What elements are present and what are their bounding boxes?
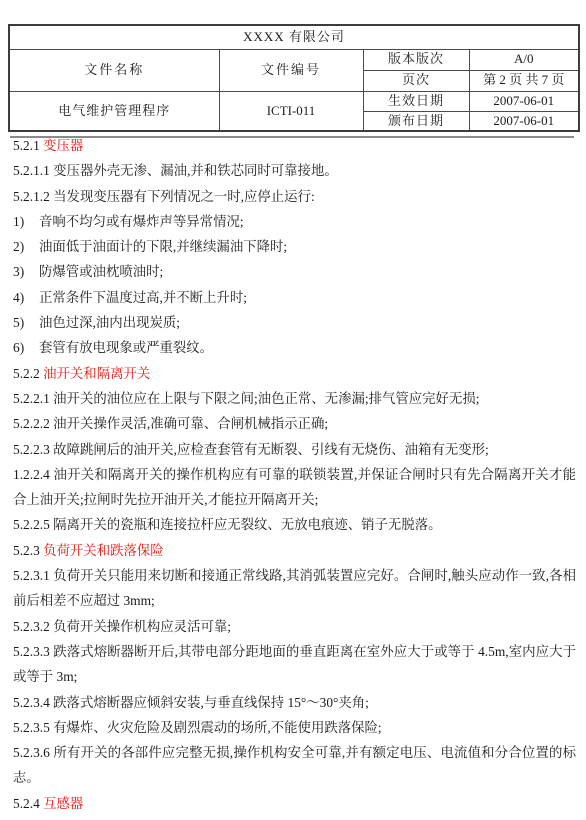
paragraph: 5.2.2.5 隔离开关的瓷瓶和连接拉杆应无裂纹、无放电痕迹、销子无脱落。 — [13, 512, 576, 537]
paragraph: 1.2.2.4 油开关和隔离开关的操作机构应有可靠的联锁装置,并保证合闸时只有先… — [13, 462, 576, 513]
doc-name-value: 电气维护管理程序 — [9, 91, 219, 131]
issue-date-label: 颁布日期 — [363, 111, 469, 131]
list-item-text: 套管有放电现象或严重裂纹。 — [39, 340, 213, 355]
page-label: 页次 — [363, 70, 469, 91]
document-page: XXXX 有限公司 文件名称 文件编号 版本版次 A/0 页次 第 2 页 共 … — [0, 0, 586, 820]
section-number: 5.2.1 — [13, 138, 43, 153]
paragraph: 5.2.1.1 变压器外壳无渗、漏油,并和铁芯同时可靠接地。 — [13, 158, 576, 183]
section-heading: 5.2.2 油开关和隔离开关 — [13, 361, 576, 386]
paragraph: 5.2.2.3 故障跳闸后的油开关,应检查套管有无断裂、引线有无烧伤、油箱有无变… — [13, 437, 576, 462]
paragraph: 5.2.2.2 油开关操作灵活,准确可靠、合闸机械指示正确; — [13, 411, 576, 436]
doc-number-value: ICTI-011 — [219, 91, 363, 131]
list-item-marker: 4) — [13, 285, 39, 310]
list-item-text: 油面低于油面计的下限,并继续漏油下降时; — [39, 239, 287, 254]
version-value: A/0 — [469, 49, 579, 70]
list-item-text: 音响不均匀或有爆炸声等异常情况; — [39, 214, 244, 229]
section-number: 5.2.4 — [13, 796, 43, 811]
company-name: XXXX 有限公司 — [9, 25, 579, 49]
list-item: 1)音响不均匀或有爆炸声等异常情况; — [13, 209, 576, 234]
list-item-text: 正常条件下温度过高,并不断上升时; — [39, 290, 247, 305]
paragraph: 5.2.1.2 当发现变压器有下列情况之一时,应停止运行: — [13, 184, 576, 209]
list-item-marker: 5) — [13, 310, 39, 335]
version-label: 版本版次 — [363, 49, 469, 70]
section-heading: 5.2.1 变压器 — [13, 133, 576, 158]
doc-name-label: 文件名称 — [9, 49, 219, 91]
list-item-marker: 2) — [13, 234, 39, 259]
doc-number-label: 文件编号 — [219, 49, 363, 91]
section-number: 5.2.2 — [13, 366, 43, 381]
page-value: 第 2 页 共 7 页 — [469, 70, 579, 91]
section-heading: 5.2.4 互感器 — [13, 791, 576, 816]
list-item-marker: 6) — [13, 335, 39, 360]
paragraph: 5.2.2.1 油开关的油位应在上限与下限之间;油色正常、无渗漏;排气管应完好无… — [13, 386, 576, 411]
effective-date-label: 生效日期 — [363, 91, 469, 111]
paragraph: 5.2.3.5 有爆炸、火灾危险及剧烈震动的场所,不能使用跌落保险; — [13, 715, 576, 740]
paragraph: 5.2.3.1 负荷开关只能用来切断和接通正常线路,其消弧装置应完好。合闸时,触… — [13, 563, 576, 614]
list-item-marker: 1) — [13, 209, 39, 234]
list-item: 4)正常条件下温度过高,并不断上升时; — [13, 285, 576, 310]
list-item: 2)油面低于油面计的下限,并继续漏油下降时; — [13, 234, 576, 259]
list-item: 5)油色过深,油内出现炭质; — [13, 310, 576, 335]
section-title: 变压器 — [43, 138, 83, 153]
paragraph: 5.2.3.6 所有开关的各部件应完整无损,操作机构安全可靠,并有额定电压、电流… — [13, 740, 576, 791]
issue-date-value: 2007-06-01 — [469, 111, 579, 131]
list-item-marker: 3) — [13, 259, 39, 284]
list-item-text: 油色过深,油内出现炭质; — [39, 315, 180, 330]
effective-date-value: 2007-06-01 — [469, 91, 579, 111]
document-header-table: XXXX 有限公司 文件名称 文件编号 版本版次 A/0 页次 第 2 页 共 … — [8, 24, 580, 132]
section-title: 互感器 — [43, 796, 83, 811]
list-item-text: 防爆管或油枕喷油时; — [39, 264, 163, 279]
paragraph: 5.2.3.3 跌落式熔断器断开后,其带电部分距地面的垂直距离在室外应大于或等于… — [13, 639, 576, 690]
section-heading: 5.2.3 负荷开关和跌落保险 — [13, 538, 576, 563]
paragraph: 5.2.3.2 负荷开关操作机构应灵活可靠; — [13, 614, 576, 639]
document-body: 5.2.1 变压器5.2.1.1 变压器外壳无渗、漏油,并和铁芯同时可靠接地。5… — [13, 133, 576, 816]
section-number: 5.2.3 — [13, 543, 43, 558]
section-title: 油开关和隔离开关 — [43, 366, 150, 381]
list-item: 6)套管有放电现象或严重裂纹。 — [13, 335, 576, 360]
list-item: 3)防爆管或油枕喷油时; — [13, 259, 576, 284]
paragraph: 5.2.3.4 跌落式熔断器应倾斜安装,与垂直线保持 15°～30°夹角; — [13, 690, 576, 715]
section-title: 负荷开关和跌落保险 — [43, 543, 164, 558]
